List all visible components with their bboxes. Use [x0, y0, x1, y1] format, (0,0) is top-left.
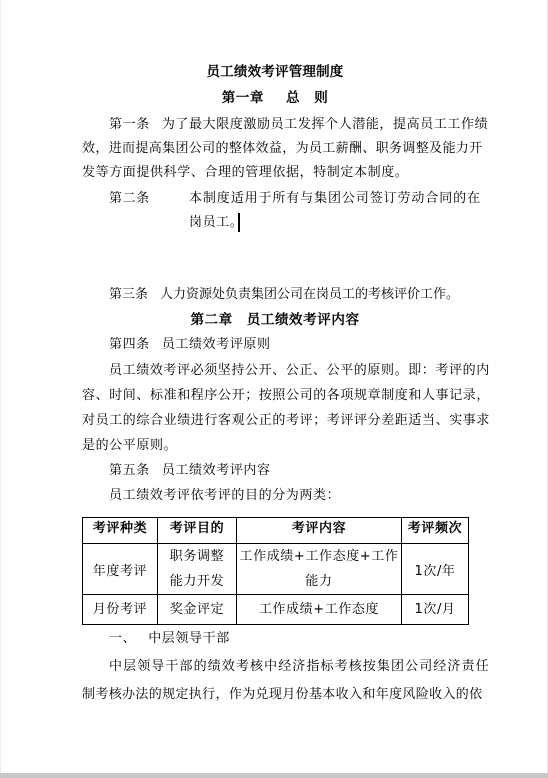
article-4-line-3: 对员工的综合业绩进行客观公正的考评；考评评分差距适当、实事求	[82, 411, 490, 430]
document-page: 员工绩效考评管理制度 第一章总 则 第一条为了最大限度激励员工发挥个人潜能，提高…	[0, 0, 548, 773]
table-header-cell: 考评目的	[158, 518, 237, 544]
chapter-1-label: 第一章	[222, 90, 264, 106]
article-2-line-2: 岗员工。	[189, 213, 243, 232]
article-2-label: 第二条	[109, 189, 150, 208]
document-title: 员工绩效考评管理制度	[1, 63, 548, 82]
section-1-label: 一、	[109, 631, 136, 646]
chapter-2-name: 员工绩效考评内容	[247, 312, 360, 328]
article-4-heading: 第四条员工绩效考评原则	[109, 335, 271, 354]
article-1-label: 第一条	[109, 117, 150, 132]
section-1-heading: 一、中层领导干部	[109, 629, 230, 648]
chapter-1-name: 总 则	[286, 90, 328, 106]
table-header-cell: 考评频次	[402, 518, 469, 544]
chapter-2-heading: 第二章员工绩效考评内容	[1, 311, 548, 330]
table-cell-content: 工作成绩+工作态度	[237, 595, 402, 625]
table-cell-type: 月份考评	[83, 595, 158, 625]
assessment-table: 考评种类 考评目的 考评内容 考评频次 年度考评 职务调整 能力开发 工作成绩+…	[82, 517, 469, 625]
article-3: 第三条人力资源处负责集团公司在岗员工的考核评价工作。	[109, 285, 459, 304]
table-cell-type: 年度考评	[83, 544, 158, 595]
table-row: 月份考评 奖金评定 工作成绩+工作态度 1次/月	[83, 595, 469, 625]
table-cell-purpose: 职务调整 能力开发	[158, 544, 237, 595]
article-4-line-1: 员工绩效考评必须坚持公开、公正、公平的原则。即：考评的内	[109, 361, 490, 380]
article-4-label: 第四条	[109, 337, 150, 352]
section-1-line-1: 中层领导干部的绩效考核中经济指标考核按集团公司经济责任	[109, 657, 490, 676]
chapter-1-heading: 第一章总 则	[1, 89, 548, 108]
article-5-heading: 第五条员工绩效考评内容	[109, 461, 271, 480]
article-5-label: 第五条	[109, 463, 150, 478]
article-1-line-3: 发等方面提供科学、合理的管理依据，特制定本制度。	[82, 163, 408, 182]
table-cell-frequency: 1次/月	[402, 595, 469, 625]
table-cell-purpose: 奖金评定	[158, 595, 237, 625]
table-row: 年度考评 职务调整 能力开发 工作成绩+工作态度+工作 能力 1次/年	[83, 544, 469, 595]
text-cursor	[238, 213, 240, 232]
article-1-line-1: 第一条为了最大限度激励员工发挥个人潜能，提高员工工作绩	[109, 115, 488, 134]
table-header-cell: 考评内容	[237, 518, 402, 544]
section-1-line-2: 制考核办法的规定执行，作为兑现月份基本收入和年度风险收入的依	[82, 685, 483, 704]
table-cell-frequency: 1次/年	[402, 544, 469, 595]
article-3-label: 第三条	[109, 287, 148, 302]
article-4-line-2: 容、时间、标准和程序公开；按照公司的各项规章制度和人事记录，	[82, 386, 490, 405]
table-header-row: 考评种类 考评目的 考评内容 考评频次	[83, 518, 469, 544]
table-cell-content: 工作成绩+工作态度+工作 能力	[237, 544, 402, 595]
chapter-2-label: 第二章	[190, 312, 232, 328]
article-4-line-4: 是的公平原则。	[82, 436, 177, 455]
article-5-intro: 员工绩效考评依考评的目的分为两类：	[109, 486, 340, 505]
article-2-line-1: 本制度适用于所有与集团公司签订劳动合同的在	[189, 189, 481, 208]
article-1-line-2: 效，进而提高集团公司的整体效益，为员工薪酬、职务调整及能力开	[82, 139, 483, 158]
table-header-cell: 考评种类	[83, 518, 158, 544]
